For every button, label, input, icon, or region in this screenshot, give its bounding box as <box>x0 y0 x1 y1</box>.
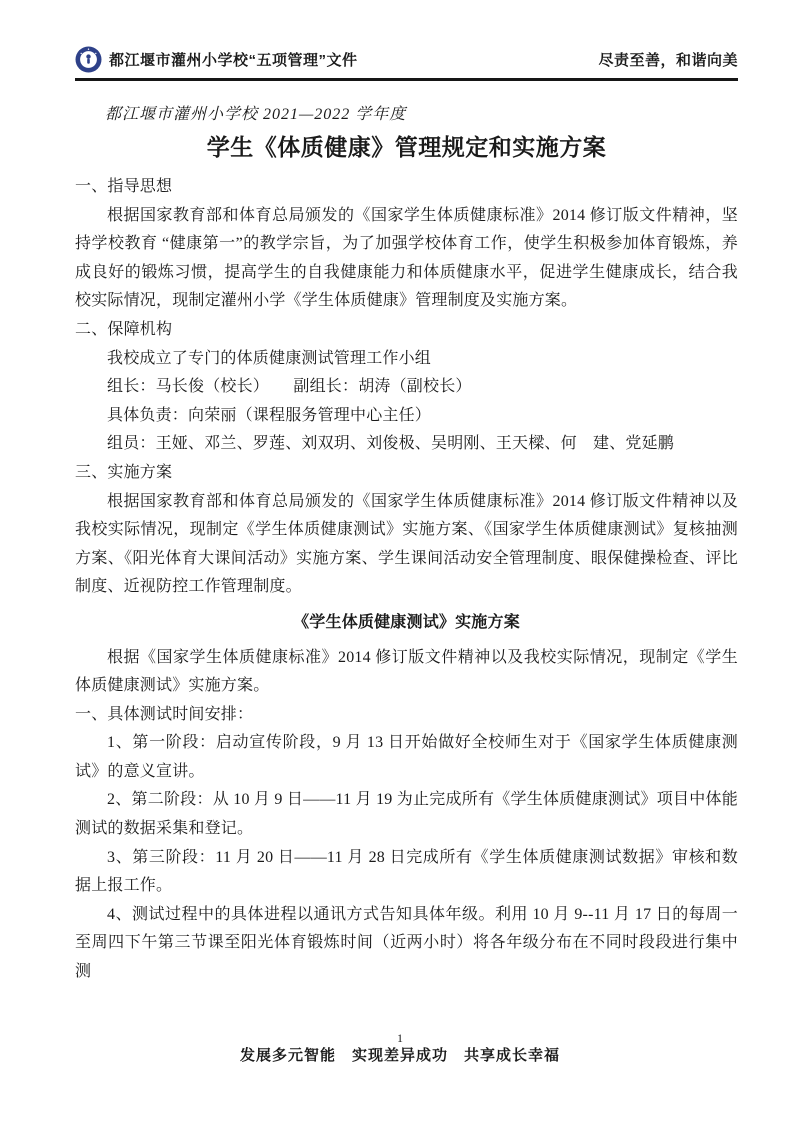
document-content: 都江堰市灌州小学校 2021—2022 学年度 学生《体质健康》管理规定和实施方… <box>75 103 738 987</box>
section-heading: 一、具体测试时间安排： <box>75 701 738 730</box>
document-page: 都江堰市灌州小学校“五项管理”文件 尽责至善，和谐向美 都江堰市灌州小学校 20… <box>0 0 800 1131</box>
sub-document-title: 《学生体质健康测试》实施方案 <box>75 609 738 638</box>
section-heading: 三、实施方案 <box>75 459 738 488</box>
document-body: 一、指导思想 根据国家教育部和体育总局颁发的《国家学生体质健康标准》2014 修… <box>75 173 738 987</box>
body-paragraph: 根据国家教育部和体育总局颁发的《国家学生体质健康标准》2014 修订版文件精神以… <box>75 488 738 602</box>
body-paragraph: 根据《国家学生体质健康标准》2014 修订版文件精神以及我校实际情况，现制定《学… <box>75 644 738 701</box>
page-number: 1 <box>0 1030 800 1046</box>
body-paragraph: 3、第三阶段：11 月 20 日——11 月 28 日完成所有《学生体质健康测试… <box>75 844 738 901</box>
body-paragraph: 根据国家教育部和体育总局颁发的《国家学生体质健康标准》2014 修订版文件精神，… <box>75 202 738 316</box>
detail-line: 组员：王娅、邓兰、罗莲、刘双玥、刘俊极、吴明刚、王天樑、何 建、党延鹏 <box>75 430 738 459</box>
section-heading: 二、保障机构 <box>75 316 738 345</box>
detail-line: 我校成立了专门的体质健康测试管理工作小组 <box>75 345 738 374</box>
page-header: 都江堰市灌州小学校“五项管理”文件 尽责至善，和谐向美 <box>75 46 738 81</box>
section-heading: 一、指导思想 <box>75 173 738 202</box>
school-year-line: 都江堰市灌州小学校 2021—2022 学年度 <box>75 103 738 127</box>
page-footer: 1 发展多元智能 实现差异成功 共享成长幸福 <box>0 1030 800 1066</box>
header-school-motto: 尽责至善，和谐向美 <box>598 49 738 70</box>
body-paragraph: 1、第一阶段：启动宣传阶段，9 月 13 日开始做好全校师生对于《国家学生体质健… <box>75 729 738 786</box>
body-paragraph: 2、第二阶段：从 10 月 9 日——11 月 19 为止完成所有《学生体质健康… <box>75 786 738 843</box>
body-paragraph: 4、测试过程中的具体进程以通讯方式告知具体年级。利用 10 月 9--11 月 … <box>75 901 738 987</box>
document-title: 学生《体质健康》管理规定和实施方案 <box>75 131 738 163</box>
header-divider <box>75 78 738 81</box>
header-document-category: 都江堰市灌州小学校“五项管理”文件 <box>109 49 358 70</box>
school-badge-icon <box>75 46 102 73</box>
footer-school-motto: 发展多元智能 实现差异成功 共享成长幸福 <box>0 1046 800 1066</box>
detail-line: 具体负责：向荣丽（课程服务管理中心主任） <box>75 402 738 431</box>
detail-line: 组长：马长俊（校长） 副组长：胡涛（副校长） <box>75 373 738 402</box>
